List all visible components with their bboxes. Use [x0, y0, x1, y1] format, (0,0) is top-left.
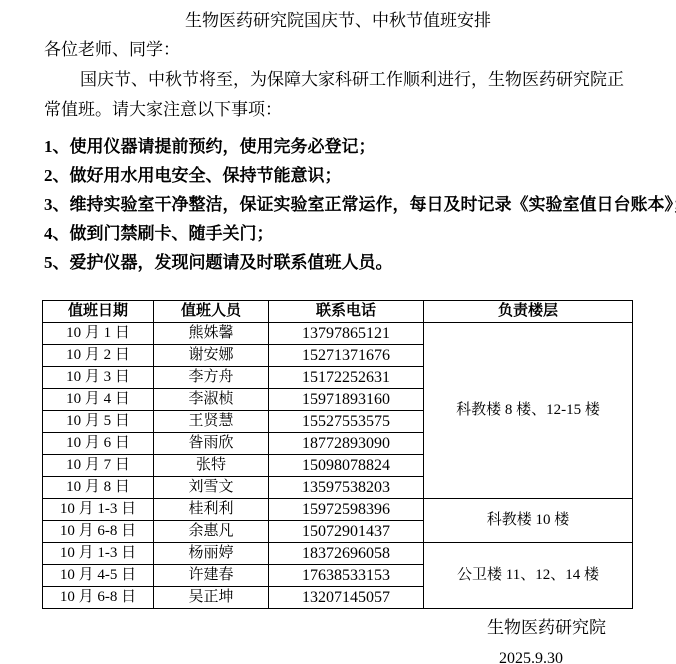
- cell-name: 杨丽婷: [154, 543, 269, 565]
- intro-line: 常值班。请大家注意以下事项：: [44, 100, 676, 120]
- duty-schedule-table: 值班日期 值班人员 联系电话 负责楼层 10 月 1 日熊姝馨137978651…: [42, 300, 633, 609]
- cell-date: 10 月 2 日: [43, 345, 154, 367]
- cell-phone: 15271371676: [269, 345, 424, 367]
- cell-date: 10 月 7 日: [43, 455, 154, 477]
- cell-date: 10 月 6 日: [43, 433, 154, 455]
- cell-date: 10 月 6-8 日: [43, 521, 154, 543]
- cell-date: 10 月 1 日: [43, 323, 154, 345]
- cell-name: 王贤慧: [154, 411, 269, 433]
- document-date: 2025.9.30: [0, 650, 676, 664]
- cell-phone: 13597538203: [269, 477, 424, 499]
- cell-date: 10 月 1-3 日: [43, 499, 154, 521]
- cell-phone: 18372696058: [269, 543, 424, 565]
- cell-floor: 科教楼 8 楼、12-15 楼: [424, 323, 633, 499]
- header-phone: 联系电话: [269, 301, 424, 323]
- cell-name: 李方舟: [154, 367, 269, 389]
- table-row: 10 月 1-3 日杨丽婷18372696058公卫楼 11、12、14 楼: [43, 543, 633, 565]
- cell-date: 10 月 8 日: [43, 477, 154, 499]
- cell-date: 10 月 4 日: [43, 389, 154, 411]
- cell-phone: 17638533153: [269, 565, 424, 587]
- cell-floor: 科教楼 10 楼: [424, 499, 633, 543]
- cell-phone: 18772893090: [269, 433, 424, 455]
- cell-date: 10 月 1-3 日: [43, 543, 154, 565]
- cell-date: 10 月 3 日: [43, 367, 154, 389]
- cell-name: 熊姝馨: [154, 323, 269, 345]
- page-title: 生物医药研究院国庆节、中秋节值班安排: [0, 0, 676, 31]
- signature: 生物医药研究院: [0, 618, 676, 638]
- cell-name: 谢安娜: [154, 345, 269, 367]
- document-page: 生物医药研究院国庆节、中秋节值班安排 各位老师、同学： 国庆节、中秋节将至，为保…: [0, 0, 676, 664]
- cell-name: 许建春: [154, 565, 269, 587]
- header-duty-person: 值班人员: [154, 301, 269, 323]
- cell-phone: 13797865121: [269, 323, 424, 345]
- salutation: 各位老师、同学：: [44, 40, 676, 60]
- intro-paragraph: 国庆节、中秋节将至，为保障大家科研工作顺利进行，生物医药研究院正 常值班。请大家…: [0, 70, 676, 120]
- cell-name: 李淑桢: [154, 389, 269, 411]
- cell-date: 10 月 6-8 日: [43, 587, 154, 609]
- table-row: 10 月 1-3 日桂利利15972598396科教楼 10 楼: [43, 499, 633, 521]
- notice-item: 4、做到门禁刷卡、随手关门；: [44, 224, 676, 244]
- notice-item: 3、维持实验室干净整洁，保证实验室正常运作，每日及时记录《实验室值日台账本》；: [44, 195, 676, 215]
- cell-name: 吴正坤: [154, 587, 269, 609]
- cell-floor: 公卫楼 11、12、14 楼: [424, 543, 633, 609]
- header-duty-date: 值班日期: [43, 301, 154, 323]
- header-floor: 负责楼层: [424, 301, 633, 323]
- notice-item: 1、使用仪器请提前预约，使用完务必登记；: [44, 137, 676, 157]
- cell-date: 10 月 4-5 日: [43, 565, 154, 587]
- notice-item: 5、爱护仪器，发现问题请及时联系值班人员。: [44, 253, 676, 273]
- duty-table-body: 10 月 1 日熊姝馨13797865121科教楼 8 楼、12-15 楼10 …: [43, 323, 633, 609]
- cell-phone: 15098078824: [269, 455, 424, 477]
- notice-item: 2、做好用水用电安全、保持节能意识；: [44, 166, 676, 186]
- cell-name: 昝雨欣: [154, 433, 269, 455]
- cell-phone: 13207145057: [269, 587, 424, 609]
- cell-phone: 15172252631: [269, 367, 424, 389]
- cell-phone: 15972598396: [269, 499, 424, 521]
- cell-name: 张特: [154, 455, 269, 477]
- cell-name: 余惠凡: [154, 521, 269, 543]
- cell-phone: 15971893160: [269, 389, 424, 411]
- table-row: 10 月 1 日熊姝馨13797865121科教楼 8 楼、12-15 楼: [43, 323, 633, 345]
- notice-list: 1、使用仪器请提前预约，使用完务必登记； 2、做好用水用电安全、保持节能意识； …: [0, 137, 676, 273]
- table-header: 值班日期 值班人员 联系电话 负责楼层: [43, 301, 633, 323]
- cell-date: 10 月 5 日: [43, 411, 154, 433]
- table-header-row: 值班日期 值班人员 联系电话 负责楼层: [43, 301, 633, 323]
- cell-phone: 15527553575: [269, 411, 424, 433]
- intro-line: 国庆节、中秋节将至，为保障大家科研工作顺利进行，生物医药研究院正: [80, 70, 676, 90]
- cell-name: 刘雪文: [154, 477, 269, 499]
- cell-name: 桂利利: [154, 499, 269, 521]
- cell-phone: 15072901437: [269, 521, 424, 543]
